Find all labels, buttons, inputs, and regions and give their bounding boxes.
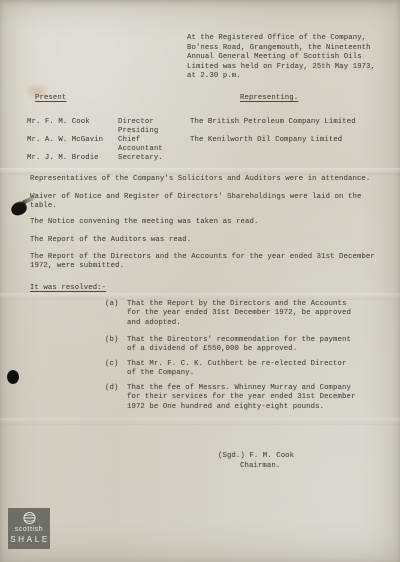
resolution-label: (a) — [105, 300, 125, 309]
ink-dot — [7, 370, 19, 384]
globe-icon — [22, 511, 37, 525]
attendee-role: Secretary. — [118, 154, 163, 163]
paragraph: The Notice convening the meeting was tak… — [30, 218, 382, 227]
attendee-representing: The Kenilworth Oil Company Limited — [190, 136, 342, 145]
resolution-text: That the fee of Messrs. Whinney Murray a… — [127, 384, 367, 412]
representing-label: Representing. — [240, 94, 298, 103]
paragraph: The Report of the Directors and the Acco… — [30, 253, 382, 271]
resolution-label: (b) — [105, 336, 125, 345]
paper-crease — [0, 293, 400, 300]
attendee-representing: The British Petroleum Company Limited — [190, 118, 356, 127]
attendee-name: Mr. F. M. Cook — [27, 118, 90, 127]
present-label: Present — [35, 94, 66, 103]
resolution-text: That Mr. F. C. K. Cuthbert be re-elected… — [127, 360, 367, 379]
attendee-role: Chief Accountant — [118, 136, 163, 154]
document-page: At the Registered Office of the Company,… — [0, 0, 400, 562]
attendee-name: Mr. A. W. McGavin — [27, 136, 103, 145]
watermark-text-scottish: scottish — [15, 526, 44, 534]
signature-title: Chairman. — [240, 462, 280, 471]
resolution-label: (d) — [105, 384, 125, 393]
attendee-name: Mr. J. M. Brodie — [27, 154, 99, 163]
paper-crease — [0, 168, 400, 175]
scottish-shale-watermark: scottish SHALE — [8, 508, 50, 549]
attendee-role: Director Presiding — [118, 118, 158, 136]
resolution-text: That the Report by the Directors and the… — [127, 300, 367, 328]
resolution-text: That the Directors' recommendation for t… — [127, 336, 367, 355]
watermark-text-shale: SHALE — [10, 535, 50, 544]
resolution-label: (c) — [105, 360, 125, 369]
paragraph: The Report of the Auditors was read. — [30, 236, 382, 245]
paragraph: Waiver of Notice and Register of Directo… — [30, 193, 382, 211]
signature-line: (Sgd.) F. M. Cook — [218, 452, 294, 461]
resolved-heading: It was resolved:- — [30, 284, 106, 293]
meeting-header: At the Registered Office of the Company,… — [187, 34, 377, 82]
paper-crease — [0, 418, 400, 425]
paragraph: Representatives of the Company's Solicit… — [30, 175, 382, 184]
